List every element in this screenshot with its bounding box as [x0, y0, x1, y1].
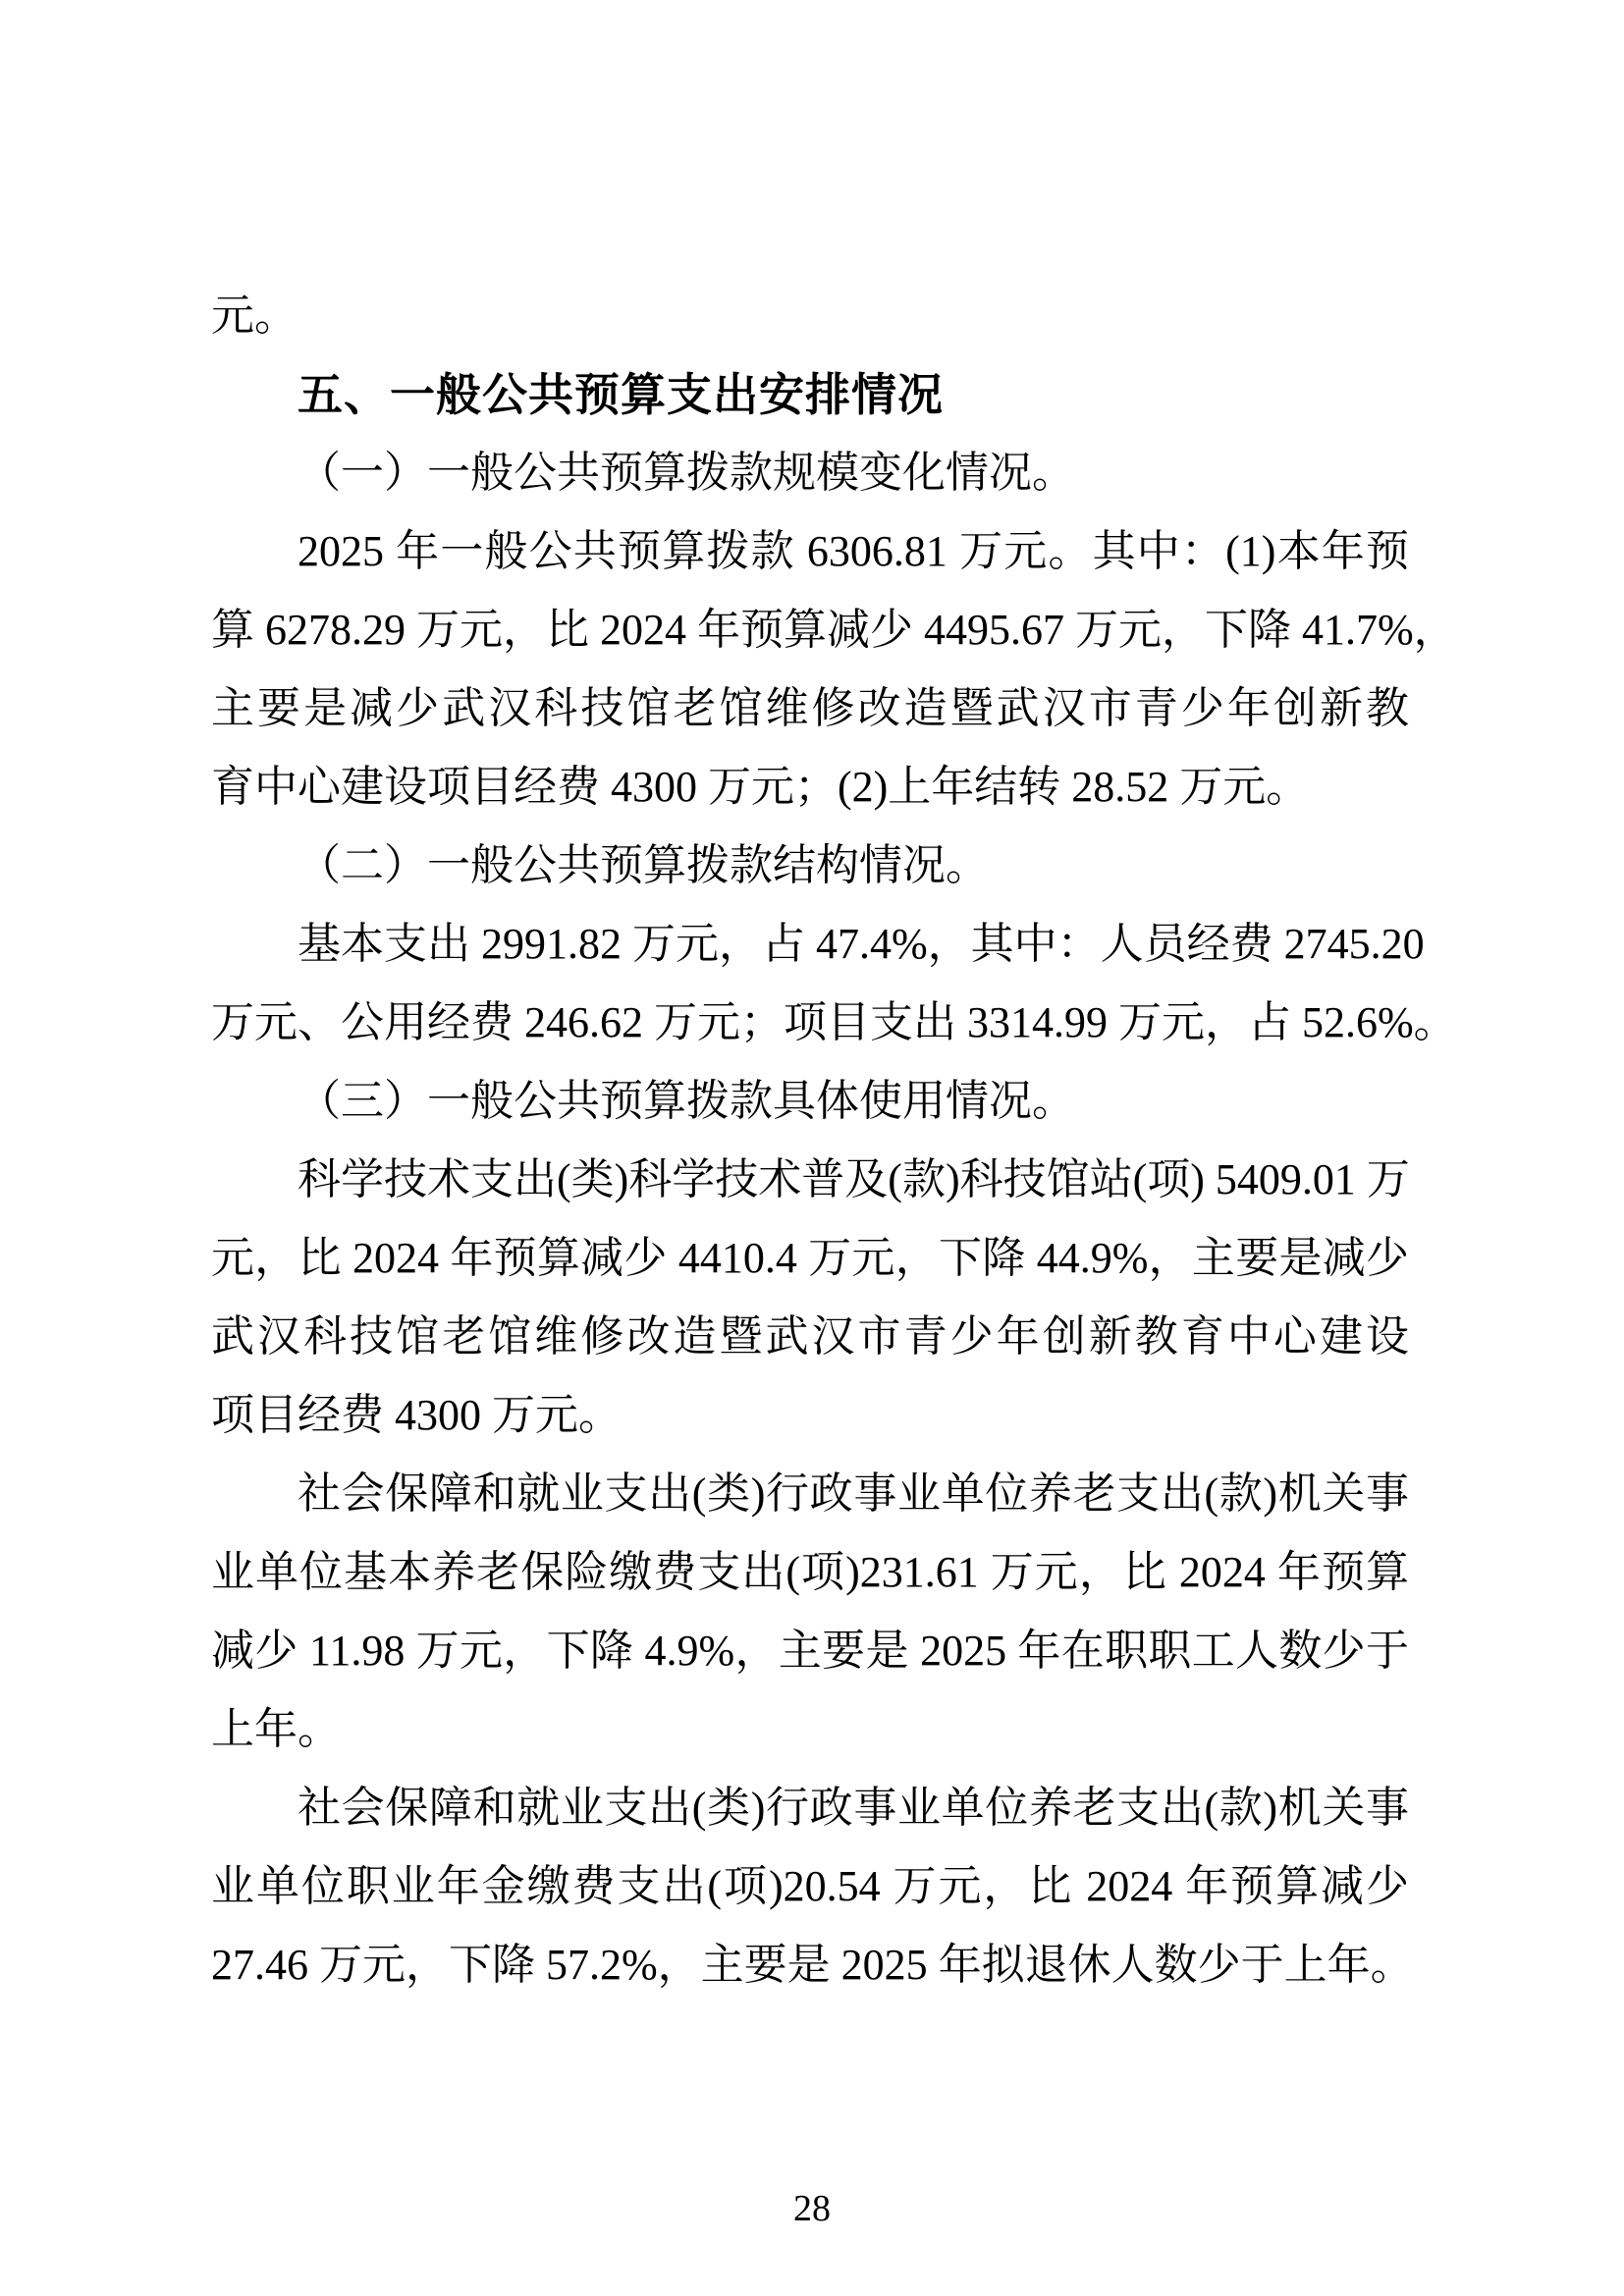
text-line: 科学技术支出(类)科学技术普及(款)科技馆站(项) 5409.01 万: [211, 1141, 1409, 1219]
text-line: 元，比 2024 年预算减少 4410.4 万元，下降 44.9%，主要是减少: [211, 1219, 1409, 1298]
paragraph-end-line: 上年。: [211, 1690, 1409, 1769]
text-line: 业单位职业年金缴费支出(项)20.54 万元，比 2024 年预算减少: [211, 1847, 1409, 1926]
text-line: 社会保障和就业支出(类)行政事业单位养老支出(款)机关事: [211, 1769, 1409, 1847]
document-body: 元。 五、一般公共预算支出安排情况 （一）一般公共预算拨款规模变化情况。 202…: [211, 277, 1409, 2004]
text-line: 27.46 万元，下降 57.2%，主要是 2025 年拟退休人数少于上年。: [211, 1926, 1409, 2004]
text-line: 武汉科技馆老馆维修改造暨武汉市青少年创新教育中心建设: [211, 1298, 1409, 1376]
section-heading: 五、一般公共预算支出安排情况: [211, 355, 1409, 434]
subsection-heading-2: （二）一般公共预算拨款结构情况。: [211, 827, 1409, 905]
subsection-heading-1: （一）一般公共预算拨款规模变化情况。: [211, 434, 1409, 512]
text-line: 2025 年一般公共预算拨款 6306.81 万元。其中：(1)本年预: [211, 512, 1409, 591]
text-line: 基本支出 2991.82 万元，占 47.4%，其中：人员经费 2745.20: [211, 905, 1409, 984]
text-line: 育中心建设项目经费 4300 万元；(2)上年结转 28.52 万元。: [211, 748, 1409, 827]
text-line: 项目经费 4300 万元。: [211, 1376, 1409, 1455]
text-line: 社会保障和就业支出(类)行政事业单位养老支出(款)机关事: [211, 1455, 1409, 1533]
document-page: 元。 五、一般公共预算支出安排情况 （一）一般公共预算拨款规模变化情况。 202…: [0, 0, 1624, 2296]
page-number: 28: [0, 2187, 1624, 2230]
paragraph-end-line: 元。: [211, 277, 1409, 355]
text-line: 主要是减少武汉科技馆老馆维修改造暨武汉市青少年创新教: [211, 669, 1409, 748]
subsection-heading-3: （三）一般公共预算拨款具体使用情况。: [211, 1062, 1409, 1141]
text-line: 算 6278.29 万元，比 2024 年预算减少 4495.67 万元，下降 …: [211, 591, 1409, 669]
text-line: 减少 11.98 万元，下降 4.9%，主要是 2025 年在职职工人数少于: [211, 1612, 1409, 1690]
text-line: 万元、公用经费 246.62 万元；项目支出 3314.99 万元，占 52.6…: [211, 984, 1409, 1062]
text-line: 业单位基本养老保险缴费支出(项)231.61 万元，比 2024 年预算: [211, 1533, 1409, 1612]
